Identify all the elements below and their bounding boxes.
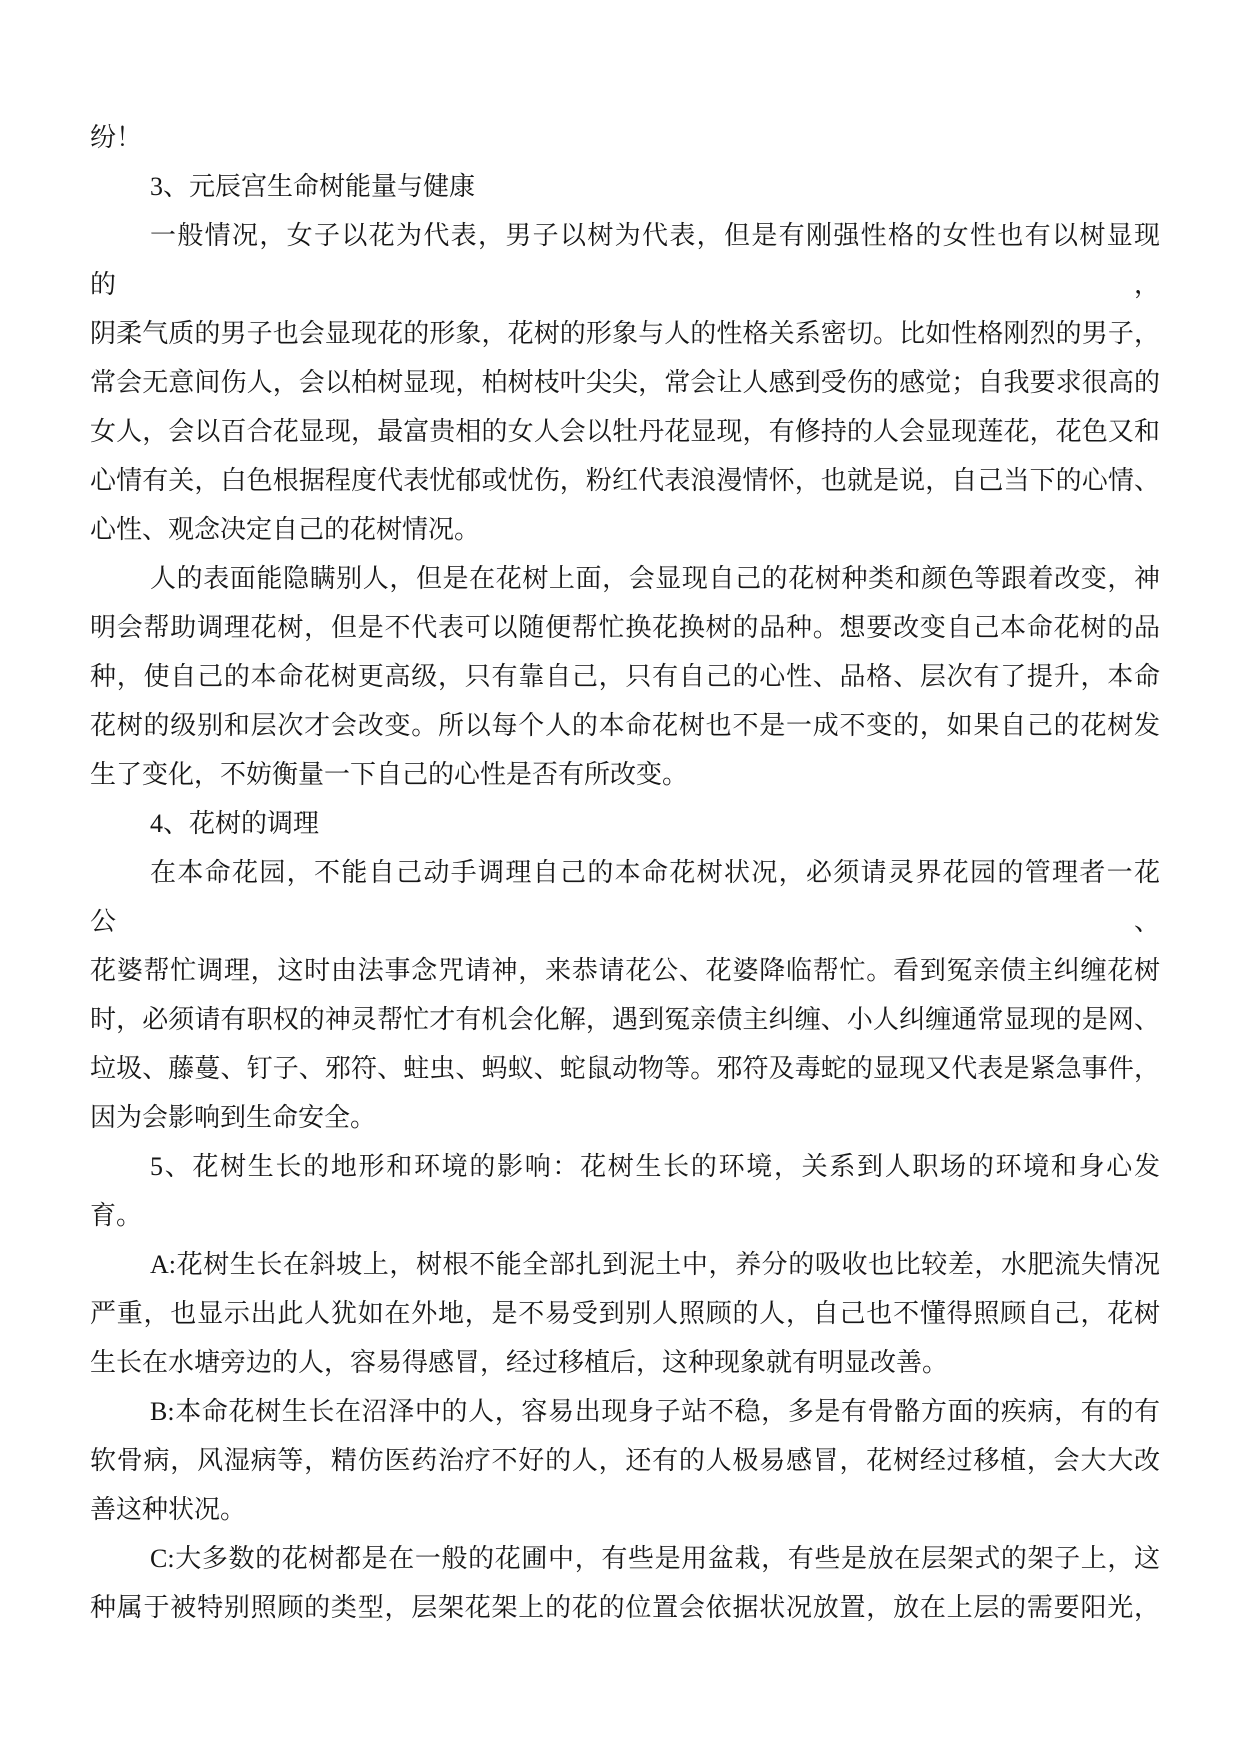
- text-line: 纷！: [90, 113, 1160, 162]
- text-line: 女人，会以百合花显现，最富贵相的女人会以牡丹花显现，有修持的人会显现莲花，花色又…: [90, 407, 1160, 456]
- text-line: B:本命花树生长在沼泽中的人，容易出现身子站不稳，多是有骨骼方面的疾病，有的有: [90, 1387, 1160, 1436]
- text-line: 3、元辰宫生命树能量与健康: [90, 162, 1160, 211]
- document-body: 纷！3、元辰宫生命树能量与健康一般情况，女子以花为代表，男子以树为代表，但是有刚…: [90, 113, 1160, 1632]
- text-line: 善这种状况。: [90, 1485, 1160, 1534]
- text-line: 花婆帮忙调理，这时由法事念咒请神，来恭请花公、花婆降临帮忙。看到冤亲债主纠缠花树: [90, 946, 1160, 995]
- document-page: 纷！3、元辰宫生命树能量与健康一般情况，女子以花为代表，男子以树为代表，但是有刚…: [0, 0, 1242, 1758]
- text-line: 4、花树的调理: [90, 799, 1160, 848]
- text-line: 心情有关，白色根据程度代表忧郁或忧伤，粉红代表浪漫情怀，也就是说，自己当下的心情…: [90, 456, 1160, 505]
- text-line: 因为会影响到生命安全。: [90, 1093, 1160, 1142]
- text-line: C:大多数的花树都是在一般的花圃中，有些是用盆栽，有些是放在层架式的架子上，这: [90, 1534, 1160, 1583]
- text-line: 花树的级别和层次才会改变。所以每个人的本命花树也不是一成不变的，如果自己的花树发: [90, 701, 1160, 750]
- text-line: 在本命花园，不能自己动手调理自己的本命花树状况，必须请灵界花园的管理者一花公、: [90, 848, 1160, 946]
- text-line: 一般情况，女子以花为代表，男子以树为代表，但是有刚强性格的女性也有以树显现的，: [90, 211, 1160, 309]
- text-line: 时，必须请有职权的神灵帮忙才有机会化解，遇到冤亲债主纠缠、小人纠缠通常显现的是网…: [90, 995, 1160, 1044]
- text-line: 软骨病，风湿病等，精仿医药治疗不好的人，还有的人极易感冒，花树经过移植，会大大改: [90, 1436, 1160, 1485]
- text-line: 生长在水塘旁边的人，容易得感冒，经过移植后，这种现象就有明显改善。: [90, 1338, 1160, 1387]
- text-line: 垃圾、藤蔓、钉子、邪符、蛀虫、蚂蚁、蛇鼠动物等。邪符及毒蛇的显现又代表是紧急事件…: [90, 1044, 1160, 1093]
- text-line: 生了变化，不妨衡量一下自己的心性是否有所改变。: [90, 750, 1160, 799]
- text-line: 明会帮助调理花树，但是不代表可以随便帮忙换花换树的品种。想要改变自己本命花树的品: [90, 603, 1160, 652]
- text-line: A:花树生长在斜坡上，树根不能全部扎到泥土中，养分的吸收也比较差，水肥流失情况: [90, 1240, 1160, 1289]
- text-line: 种，使自己的本命花树更高级，只有靠自己，只有自己的心性、品格、层次有了提升，本命: [90, 652, 1160, 701]
- text-line: 严重，也显示出此人犹如在外地，是不易受到别人照顾的人，自己也不懂得照顾自己，花树: [90, 1289, 1160, 1338]
- text-line: 育。: [90, 1191, 1160, 1240]
- text-line: 5、花树生长的地形和环境的影响：花树生长的环境，关系到人职场的环境和身心发: [90, 1142, 1160, 1191]
- text-line: 心性、观念决定自己的花树情况。: [90, 505, 1160, 554]
- text-line: 种属于被特别照顾的类型，层架花架上的花的位置会依据状况放置，放在上层的需要阳光，: [90, 1583, 1160, 1632]
- text-line: 人的表面能隐瞒别人，但是在花树上面，会显现自己的花树种类和颜色等跟着改变，神: [90, 554, 1160, 603]
- text-line: 阴柔气质的男子也会显现花的形象，花树的形象与人的性格关系密切。比如性格刚烈的男子…: [90, 309, 1160, 358]
- text-line: 常会无意间伤人，会以柏树显现，柏树枝叶尖尖，常会让人感到受伤的感觉；自我要求很高…: [90, 358, 1160, 407]
